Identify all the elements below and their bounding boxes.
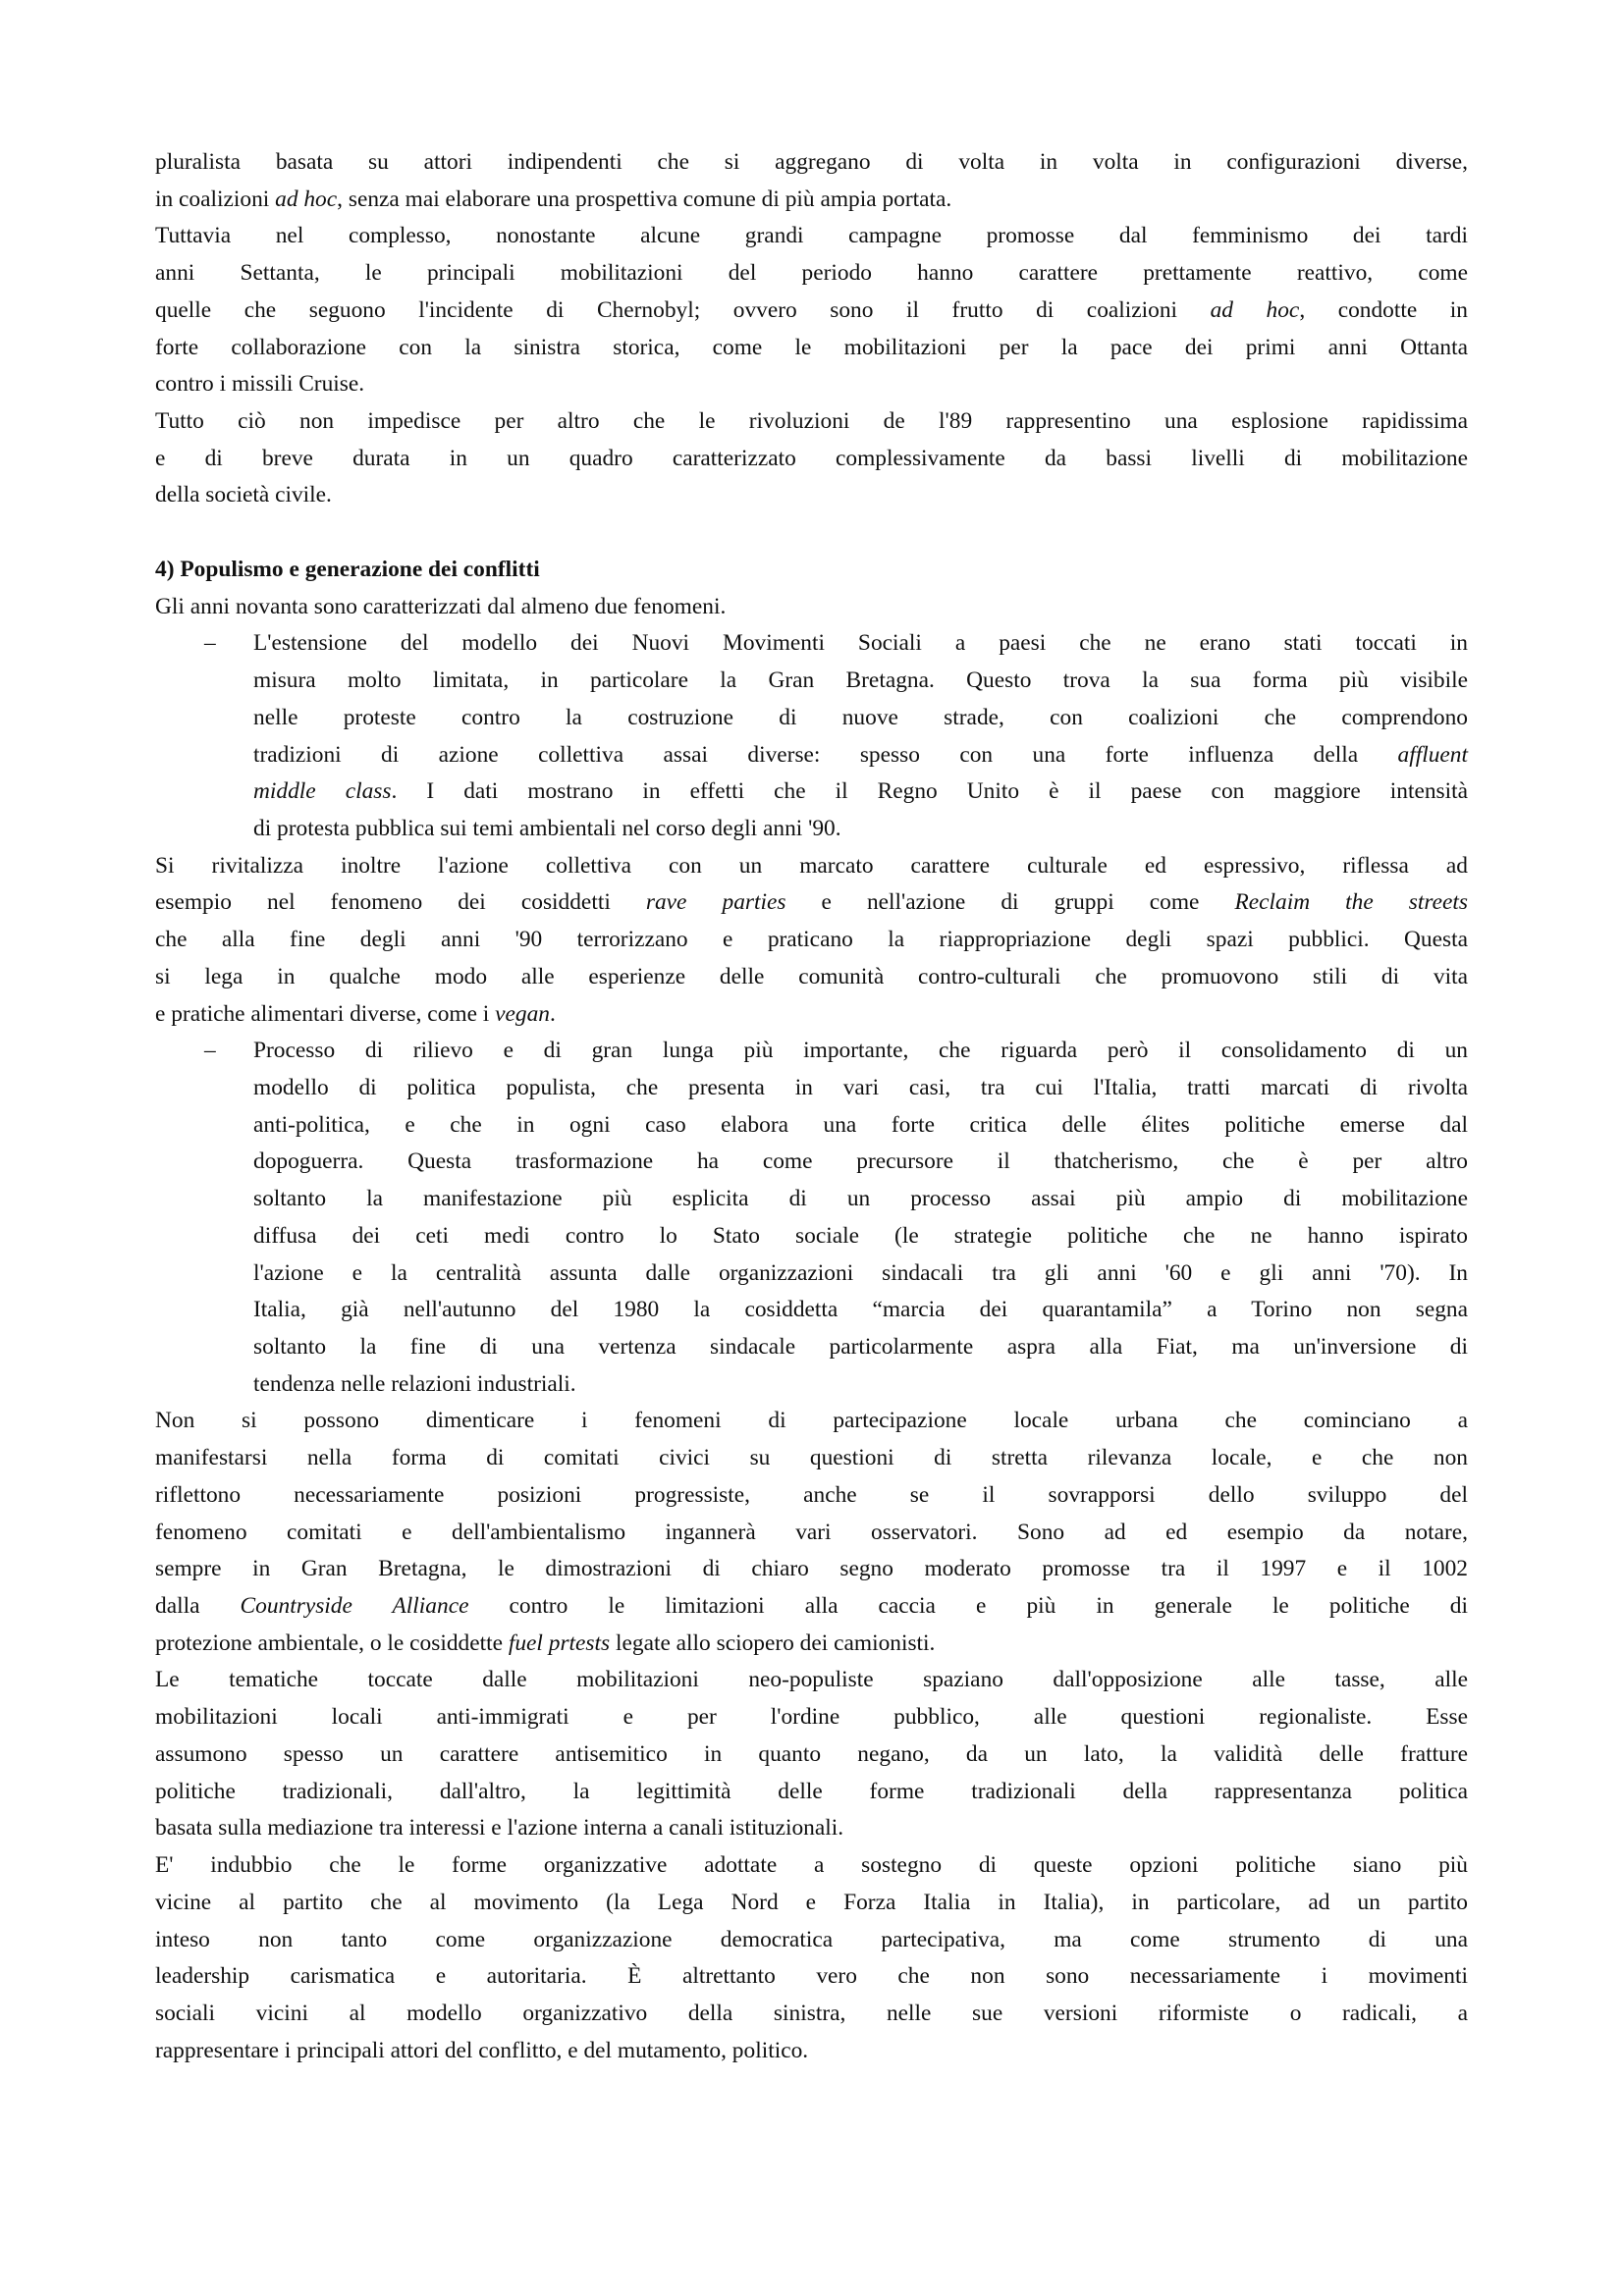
paragraph: Tuttavia nel complesso, nonostante alcun… [155,218,1468,403]
text-line: anti-politica, e che in ogni caso elabor… [253,1107,1468,1145]
text-line: forte collaborazione con la sinistra sto… [155,330,1468,367]
document-page: pluralista basata su attori indipendenti… [155,144,1468,2069]
text-line: protezione ambientale, o le cosiddette f… [155,1626,1468,1663]
text-line: Tuttavia nel complesso, nonostante alcun… [155,218,1468,255]
paragraph: pluralista basata su attori indipendenti… [155,144,1468,218]
paragraph: Non si possono dimenticare i fenomeni di… [155,1403,1468,1662]
text-line: contro i missili Cruise. [155,366,1468,403]
paragraph: E' indubbio che le forme organizzative a… [155,1847,1468,2069]
text-line: che alla fine degli anni '90 terrorizzan… [155,922,1468,959]
text-line: politiche tradizionali, dall'altro, la l… [155,1774,1468,1811]
text-line: vicine al partito che al movimento (la L… [155,1885,1468,1922]
text-line: Tutto ciò non impedisce per altro che le… [155,403,1468,441]
text-line: E' indubbio che le forme organizzative a… [155,1847,1468,1885]
text-line: l'azione e la centralità assunta dalle o… [253,1255,1468,1293]
text-line: modello di politica populista, che prese… [253,1070,1468,1107]
text-line: in coalizioni ad hoc, senza mai elaborar… [155,182,1468,219]
text-line: pluralista basata su attori indipendenti… [155,144,1468,182]
text-line: della società civile. [155,477,1468,514]
text-line: basata sulla mediazione tra interessi e … [155,1810,1468,1847]
text-line: sempre in Gran Bretagna, le dimostrazion… [155,1551,1468,1588]
bullet-dash-icon: – [204,1033,224,1070]
text-line: fenomeno comitati e dell'ambientalismo i… [155,1515,1468,1552]
text-line: quelle che seguono l'incidente di Cherno… [155,293,1468,330]
text-line: mobilitazioni locali anti-immigrati e pe… [155,1699,1468,1736]
text-line: Si rivitalizza inoltre l'azione colletti… [155,848,1468,885]
text-line: tendenza nelle relazioni industriali. [253,1366,1468,1404]
text-line: manifestarsi nella forma di comitati civ… [155,1440,1468,1477]
text-line: soltanto la manifestazione più esplicita… [253,1181,1468,1218]
text-line: 4) Populismo e generazione dei conflitti [155,552,1468,589]
text-line: diffusa dei ceti medi contro lo Stato so… [253,1218,1468,1255]
text-line: Gli anni novanta sono caratterizzati dal… [155,589,1468,626]
paragraph: Si rivitalizza inoltre l'azione colletti… [155,848,1468,1034]
text-line: rappresentare i principali attori del co… [155,2033,1468,2070]
section-heading: 4) Populismo e generazione dei conflitti [155,552,1468,589]
text-line: riflettono necessariamente posizioni pro… [155,1477,1468,1515]
bullet-item: –Processo di rilievo e di gran lunga più… [155,1033,1468,1403]
text-line: assumono spesso un carattere antisemitic… [155,1736,1468,1774]
text-line: Italia, già nell'autunno del 1980 la cos… [253,1292,1468,1329]
text-line: middle class. I dati mostrano in effetti… [253,774,1468,811]
text-line: Non si possono dimenticare i fenomeni di… [155,1403,1468,1440]
text-line: anni Settanta, le principali mobilitazio… [155,255,1468,293]
text-line: dalla Countryside Alliance contro le lim… [155,1588,1468,1626]
text-line: e di breve durata in un quadro caratteri… [155,441,1468,478]
text-line: Processo di rilievo e di gran lunga più … [253,1033,1468,1070]
text-line: nelle proteste contro la costruzione di … [253,700,1468,737]
paragraph: Tutto ciò non impedisce per altro che le… [155,403,1468,514]
text-line: esempio nel fenomeno dei cosiddetti rave… [155,884,1468,922]
text-line: si lega in qualche modo alle esperienze … [155,959,1468,996]
text-line: leadership carismatica e autoritaria. È … [155,1958,1468,1996]
text-line: inteso non tanto come organizzazione dem… [155,1922,1468,1959]
text-line: sociali vicini al modello organizzativo … [155,1996,1468,2033]
text-line: L'estensione del modello dei Nuovi Movim… [253,625,1468,663]
bullet-dash-icon: – [204,625,224,663]
text-line: di protesta pubblica sui temi ambientali… [253,811,1468,848]
text-line: Le tematiche toccate dalle mobilitazioni… [155,1662,1468,1699]
text-line: soltanto la fine di una vertenza sindaca… [253,1329,1468,1366]
paragraph: Le tematiche toccate dalle mobilitazioni… [155,1662,1468,1847]
text-line: dopoguerra. Questa trasformazione ha com… [253,1144,1468,1181]
text-line: tradizioni di azione collettiva assai di… [253,737,1468,774]
bullet-item: –L'estensione del modello dei Nuovi Movi… [155,625,1468,847]
blank-line [155,514,1468,552]
paragraph: Gli anni novanta sono caratterizzati dal… [155,589,1468,626]
text-line: misura molto limitata, in particolare la… [253,663,1468,700]
text-line: e pratiche alimentari diverse, come i ve… [155,996,1468,1034]
